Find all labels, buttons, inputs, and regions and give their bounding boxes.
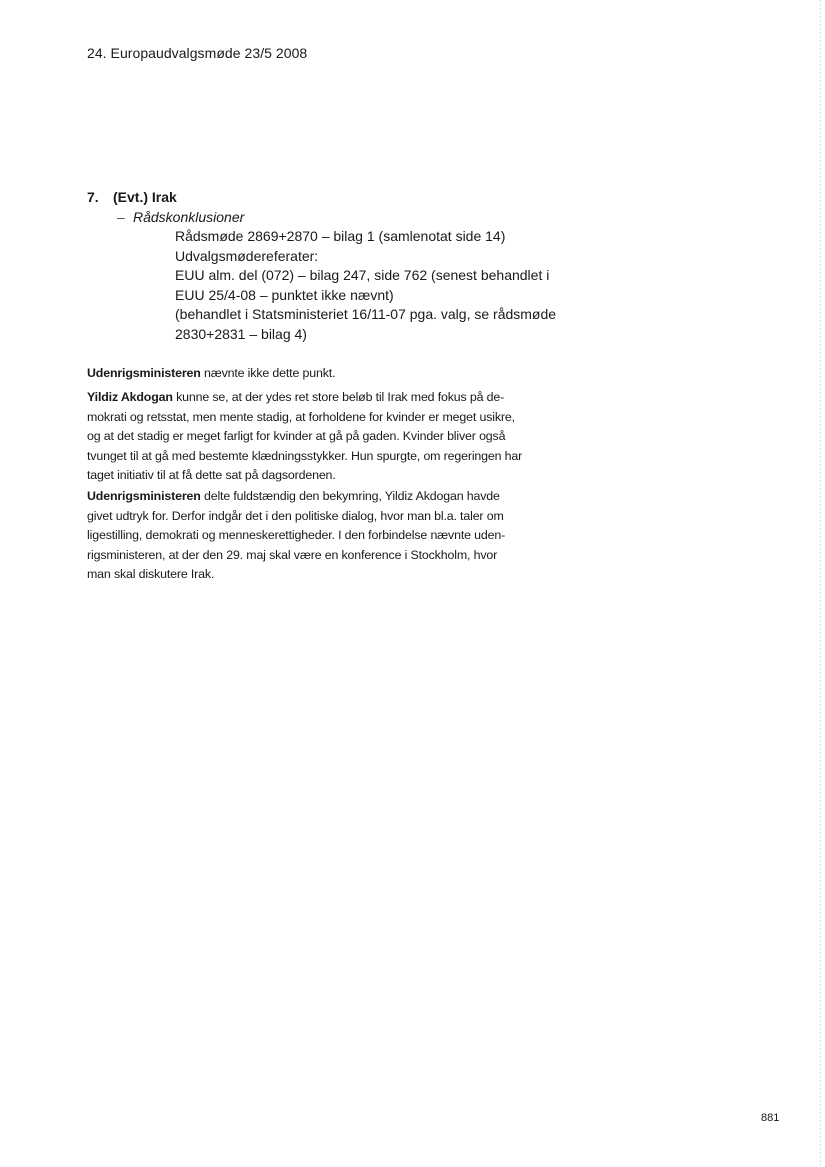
agenda-item-title: (Evt.) Irak xyxy=(113,189,177,205)
paragraph-text: og at det stadig er meget farligt for kv… xyxy=(87,427,587,447)
agenda-item-heading: 7.(Evt.) Irak xyxy=(87,187,607,207)
reference-line: Rådsmøde 2869+2870 – bilag 1 (samlenotat… xyxy=(175,227,607,247)
paragraph-text: nævnte ikke dette punkt. xyxy=(201,366,336,380)
reference-line: EUU alm. del (072) – bilag 247, side 762… xyxy=(175,266,607,286)
speaker-name: Udenrigsministeren xyxy=(87,489,201,503)
subheading-text: Rådskonklusioner xyxy=(133,209,244,225)
speaker-name: Yildiz Akdogan xyxy=(87,390,173,404)
reference-list: Rådsmøde 2869+2870 – bilag 1 (samlenotat… xyxy=(175,227,607,345)
agenda-item: 7.(Evt.) Irak –Rådskonklusioner Rådsmøde… xyxy=(87,187,607,345)
paragraph-text: taget initiativ til at få dette sat på d… xyxy=(87,466,587,486)
paragraph-text: givet udtryk for. Derfor indgår det i de… xyxy=(87,507,587,527)
scan-edge-artifact xyxy=(820,0,821,1167)
running-header: 24. Europaudvalgsmøde 23/5 2008 xyxy=(87,45,307,61)
reference-line: (behandlet i Statsministeriet 16/11-07 p… xyxy=(175,305,607,325)
speaker-name: Udenrigsministeren xyxy=(87,366,201,380)
dash-bullet: – xyxy=(117,207,133,227)
paragraph: Yildiz Akdogan kunne se, at der ydes ret… xyxy=(87,388,587,486)
paragraph-text: kunne se, at der ydes ret store beløb ti… xyxy=(173,390,504,404)
reference-line: Udvalgsmødereferater: xyxy=(175,247,607,267)
paragraph-text: tvunget til at gå med bestemte klædnings… xyxy=(87,447,587,467)
agenda-item-subheading: –Rådskonklusioner xyxy=(117,207,607,227)
agenda-item-number: 7. xyxy=(87,187,113,207)
paragraph-text: ligestilling, demokrati og menneskeretti… xyxy=(87,526,587,546)
paragraph: Udenrigsministeren nævnte ikke dette pun… xyxy=(87,364,587,384)
reference-line: EUU 25/4-08 – punktet ikke nævnt) xyxy=(175,286,607,306)
page-number: 881 xyxy=(761,1112,779,1124)
paragraph-text: mokrati og retsstat, men mente stadig, a… xyxy=(87,408,587,428)
paragraph-text: delte fuldstændig den bekymring, Yildiz … xyxy=(201,489,500,503)
reference-line: 2830+2831 – bilag 4) xyxy=(175,325,607,345)
paragraph: Udenrigsministeren delte fuldstændig den… xyxy=(87,487,587,585)
paragraph-text: man skal diskutere Irak. xyxy=(87,565,587,585)
paragraph-text: rigsministeren, at der den 29. maj skal … xyxy=(87,546,587,566)
